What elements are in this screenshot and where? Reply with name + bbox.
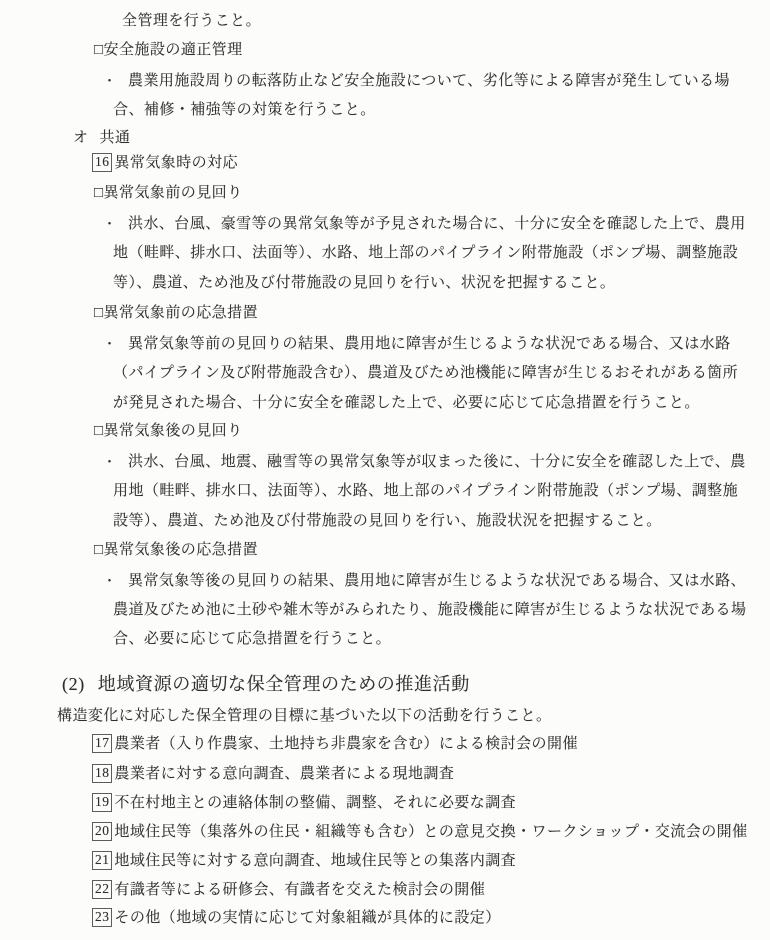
numbered-item: 19不在村地主との連絡体制の整備、調整、それに必要な調査 bbox=[92, 793, 516, 814]
square-marker-icon: □ bbox=[94, 185, 104, 201]
bullet-continuation-line: 用地（畦畔、排水口、法面等）、水路、地上部のパイプライン附帯施設（ポンプ場、調整… bbox=[113, 481, 738, 502]
line-text: 全管理を行うこと。 bbox=[122, 13, 261, 29]
bullet-continuation-line: 合、補修・補強等の対策を行うこと。 bbox=[113, 100, 376, 121]
numbered-item: 22有識者等による研修会、有識者を交えた検討会の開催 bbox=[92, 880, 485, 901]
item-text: 農業者（入り作農家、土地持ち非農家を含む）による検討会の開催 bbox=[114, 736, 578, 752]
line-text: 合、補修・補強等の対策を行うこと。 bbox=[113, 102, 376, 118]
bullet-line: ・農業用施設周りの転落防止など安全施設について、劣化等による障害が発生している場 bbox=[103, 70, 730, 92]
square-marker-icon: □ bbox=[94, 305, 104, 321]
numbered-item: 18農業者に対する意向調査、農業者による現地調査 bbox=[92, 764, 454, 785]
section-header-line: □安全施設の適正管理 bbox=[94, 40, 243, 61]
line-text: 農業用施設周りの転落防止など安全施設について、劣化等による障害が発生している場 bbox=[128, 73, 730, 89]
bullet-line: ・洪水、台風、豪雪等の異常気象等が予見された場合に、十分に安全を確認した上で、農… bbox=[103, 213, 746, 235]
item-text: 地域住民等に対する意向調査、地域住民等との集落内調査 bbox=[114, 853, 516, 869]
bullet-continuation-line: （パイプライン及び附帯施設含む）、農道及びため池機能に障害が生じるおそれがある箇… bbox=[113, 363, 738, 384]
line-text: 異常気象時の対応 bbox=[114, 155, 238, 171]
section2-number: (2) bbox=[62, 672, 85, 697]
bullet-continuation-line: 農道及びため池に土砂や雑木等がみられたり、施設機能に障害が生じるような状況である… bbox=[113, 600, 746, 621]
line-text: 異常気象後の応急措置 bbox=[104, 542, 259, 558]
bullet-line: ・異常気象等後の見回りの結果、農用地に障害が生じるような状況である場合、又は水路… bbox=[103, 570, 746, 592]
line-text: 等）、農道、ため池及び付帯施設の見回りを行い、状況を把握すること。 bbox=[113, 275, 615, 291]
line-text: 異常気象前の応急措置 bbox=[104, 305, 259, 321]
line-text: 構造変化に対応した保全管理の目標に基づいた以下の活動を行うこと。 bbox=[57, 708, 551, 724]
section2-heading: (2)地域資源の適切な保全管理のための推進活動 bbox=[62, 672, 470, 697]
item-number-box: 18 bbox=[92, 764, 112, 783]
item-number-box: 20 bbox=[92, 822, 112, 841]
bullet-continuation-line: 設等）、農道、ため池及び付帯施設の見回りを行い、施設状況を把握すること。 bbox=[113, 511, 662, 532]
numbered-item: 21地域住民等に対する意向調査、地域住民等との集落内調査 bbox=[92, 851, 516, 872]
line-text: 異常気象等前の見回りの結果、農用地に障害が生じるような状況である場合、又は水路 bbox=[128, 336, 731, 352]
numbered-item: 20地域住民等（集落外の住民・組織等も含む）との意見交換・ワークショップ・交流会… bbox=[92, 822, 748, 843]
category-label: オ bbox=[73, 128, 88, 149]
item-text: 不在村地主との連絡体制の整備、調整、それに必要な調査 bbox=[114, 795, 516, 811]
bullet-icon: ・ bbox=[103, 570, 128, 591]
line-text: 農道及びため池に土砂や雑木等がみられたり、施設機能に障害が生じるような状況である… bbox=[113, 602, 746, 618]
line-text: 洪水、台風、地震、融雪等の異常気象等が収まった後に、十分に安全を確認した上で、農 bbox=[128, 454, 746, 470]
line-text: 異常気象等後の見回りの結果、農用地に障害が生じるような状況である場合、又は水路、 bbox=[128, 573, 746, 589]
item-number-box: 23 bbox=[92, 908, 112, 927]
line-text: （パイプライン及び附帯施設含む）、農道及びため池機能に障害が生じるおそれがある箇… bbox=[113, 365, 738, 381]
line-text: 安全施設の適正管理 bbox=[104, 42, 243, 58]
line-text: 異常気象前の見回り bbox=[104, 185, 243, 201]
bullet-continuation-line: 地（畦畔、排水口、法面等）、水路、地上部のパイプライン附帯施設（ポンプ場、調整施… bbox=[113, 243, 738, 264]
line-text: 地（畦畔、排水口、法面等）、水路、地上部のパイプライン附帯施設（ポンプ場、調整施… bbox=[113, 245, 738, 261]
line-text: 異常気象後の見回り bbox=[104, 423, 243, 439]
line-text: 設等）、農道、ため池及び付帯施設の見回りを行い、施設状況を把握すること。 bbox=[113, 513, 662, 529]
section2-lead: 構造変化に対応した保全管理の目標に基づいた以下の活動を行うこと。 bbox=[57, 706, 551, 727]
bullet-icon: ・ bbox=[103, 333, 128, 354]
numbered-item: 17農業者（入り作農家、土地持ち非農家を含む）による検討会の開催 bbox=[92, 734, 578, 755]
section-header-line: □異常気象前の見回り bbox=[94, 183, 243, 204]
item-number-box: 22 bbox=[92, 880, 112, 899]
square-marker-icon: □ bbox=[94, 542, 104, 558]
bullet-line: ・異常気象等前の見回りの結果、農用地に障害が生じるような状況である場合、又は水路 bbox=[103, 333, 731, 355]
section-header-line: □異常気象前の応急措置 bbox=[94, 303, 258, 324]
item-text: その他（地域の実情に応じて対象組織が具体的に設定） bbox=[114, 910, 500, 926]
bullet-continuation-line: が発見された場合、十分に安全を確認した上で、必要に応じて応急措置を行うこと。 bbox=[113, 393, 700, 414]
section-header-line: □異常気象後の応急措置 bbox=[94, 540, 258, 561]
numbered-heading-line: 16異常気象時の対応 bbox=[92, 153, 238, 174]
bullet-continuation-line: 等）、農道、ため池及び付帯施設の見回りを行い、状況を把握すること。 bbox=[113, 273, 615, 294]
continuation-line: 全管理を行うこと。 bbox=[122, 11, 261, 32]
item-text: 農業者に対する意向調査、農業者による現地調査 bbox=[114, 766, 454, 782]
item-number-box: 16 bbox=[92, 153, 112, 172]
line-text: 合、必要に応じて応急措置を行うこと。 bbox=[113, 631, 391, 647]
bullet-icon: ・ bbox=[103, 451, 128, 472]
item-number-box: 17 bbox=[92, 734, 112, 753]
line-text: 用地（畦畔、排水口、法面等）、水路、地上部のパイプライン附帯施設（ポンプ場、調整… bbox=[113, 483, 738, 499]
line-text: が発見された場合、十分に安全を確認した上で、必要に応じて応急措置を行うこと。 bbox=[113, 395, 700, 411]
line-text: 洪水、台風、豪雪等の異常気象等が予見された場合に、十分に安全を確認した上で、農用 bbox=[128, 216, 746, 232]
item-text: 地域住民等（集落外の住民・組織等も含む）との意見交換・ワークショップ・交流会の開… bbox=[114, 824, 747, 840]
square-marker-icon: □ bbox=[94, 423, 104, 439]
bullet-continuation-line: 合、必要に応じて応急措置を行うこと。 bbox=[113, 629, 391, 650]
item-number-box: 21 bbox=[92, 851, 112, 870]
bullet-line: ・洪水、台風、地震、融雪等の異常気象等が収まった後に、十分に安全を確認した上で、… bbox=[103, 451, 746, 473]
section-header-line: □異常気象後の見回り bbox=[94, 421, 243, 442]
category-line: オ共通 bbox=[73, 128, 130, 149]
bullet-icon: ・ bbox=[103, 213, 128, 234]
item-text: 有識者等による研修会、有識者を交えた検討会の開催 bbox=[114, 882, 485, 898]
document-page: 全管理を行うこと。 □安全施設の適正管理 ・農業用施設周りの転落防止など安全施設… bbox=[0, 0, 770, 940]
section2-title: 地域資源の適切な保全管理のための推進活動 bbox=[98, 674, 470, 694]
bullet-icon: ・ bbox=[103, 70, 128, 91]
square-marker-icon: □ bbox=[94, 42, 104, 58]
numbered-item: 23その他（地域の実情に応じて対象組織が具体的に設定） bbox=[92, 908, 501, 929]
item-number-box: 19 bbox=[92, 793, 112, 812]
line-text: 共通 bbox=[99, 130, 130, 146]
